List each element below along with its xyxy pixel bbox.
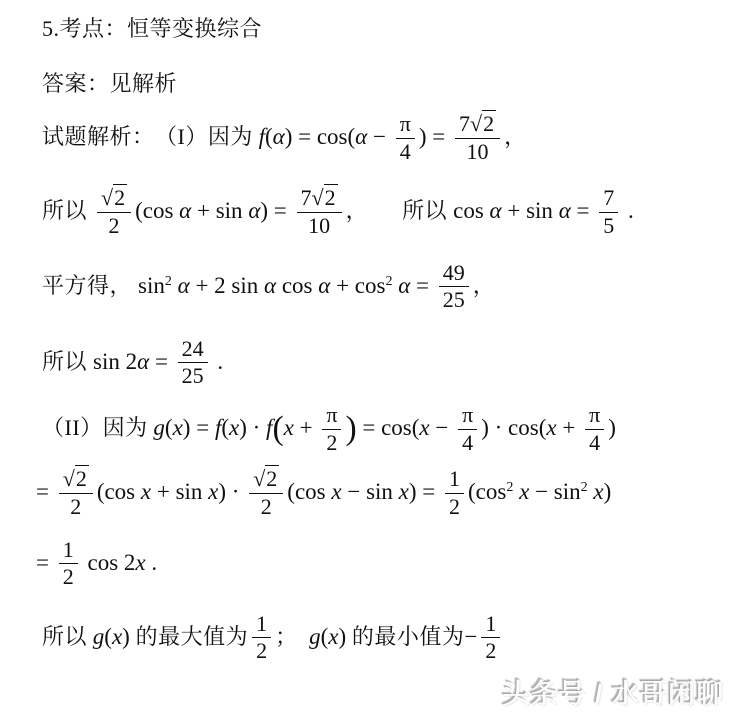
fraction: √22 — [59, 467, 93, 519]
fraction-numerator: 1 — [481, 612, 500, 639]
math-segment: x — [135, 549, 145, 574]
text-segment: 所以 — [42, 624, 87, 649]
radical-icon: √2 — [253, 465, 279, 491]
math-segment: ) = — [419, 124, 451, 149]
math-segment: − — [430, 415, 454, 440]
math-segment: x — [399, 479, 409, 504]
math-segment: − — [464, 624, 477, 649]
math-segment: α — [137, 349, 149, 374]
radical-icon: √2 — [63, 465, 89, 491]
math-segment: ) · — [239, 415, 266, 440]
fraction-denominator: 2 — [445, 494, 464, 520]
text-segment: ， — [504, 124, 527, 149]
radicand: 2 — [75, 465, 89, 491]
math-segment: α — [355, 124, 367, 149]
math-segment: α — [248, 198, 260, 223]
watermark: 头条号 / 水哥闲聊 — [502, 672, 724, 711]
math-segment: ) = — [409, 479, 441, 504]
radical-icon: √2 — [312, 184, 338, 210]
fraction-numerator: 49 — [439, 261, 469, 288]
math-segment: + sin — [191, 198, 248, 223]
radicand: 2 — [482, 110, 496, 136]
radicand: 2 — [265, 465, 279, 491]
fraction: √22 — [97, 186, 131, 238]
math-segment: x — [141, 479, 151, 504]
math-segment: = — [410, 272, 434, 297]
line-step-square: 平方得， sin2 α + 2 sin α cos α + cos2 α = 4… — [42, 263, 726, 315]
fraction-denominator: 2 — [252, 638, 271, 664]
fraction: 12 — [59, 538, 78, 590]
text-segment: 答案：见解析 — [42, 71, 177, 96]
math-segment: ( — [221, 415, 229, 440]
math-segment: α — [490, 198, 502, 223]
text-segment: ， 所以 — [346, 198, 454, 223]
solution-content: 5.考点：恒等变换综合答案：见解析试题解析： （I）因为 f(α) = cos(… — [0, 0, 732, 666]
fraction: 12 — [445, 467, 464, 519]
math-segment: sin 2 — [93, 349, 137, 374]
math-segment: α — [264, 272, 276, 297]
text-segment: 5.考点：恒等变换综合 — [42, 16, 262, 41]
math-segment: (cos — [468, 479, 506, 504]
math-segment: α — [273, 124, 285, 149]
math-segment: . — [146, 549, 158, 574]
fraction-denominator: 25 — [178, 363, 208, 389]
math-segment: x — [328, 624, 338, 649]
math-segment: x — [331, 479, 341, 504]
math-segment: α — [318, 272, 330, 297]
fraction-denominator: 2 — [481, 638, 500, 664]
fraction-denominator: 25 — [439, 287, 469, 313]
text-segment: 的最小值为 — [352, 624, 465, 649]
math-segment: ( — [272, 410, 283, 447]
math-segment: ) — [604, 479, 612, 504]
fraction-numerator: √2 — [97, 186, 131, 213]
math-segment: α — [392, 272, 410, 297]
fraction-numerator: √2 — [59, 467, 93, 494]
math-segment: g — [148, 415, 165, 440]
fraction-numerator: π — [322, 403, 341, 430]
math-segment: f — [253, 124, 265, 149]
fraction-numerator: π — [585, 403, 604, 430]
math-segment: − — [367, 124, 391, 149]
fraction-denominator: 4 — [585, 430, 604, 456]
math-segment: ( — [265, 124, 273, 149]
fraction: π4 — [458, 403, 477, 455]
math-segment: ) — [122, 624, 135, 649]
fraction-denominator: 2 — [59, 564, 78, 590]
fraction-numerator: π — [458, 403, 477, 430]
fraction-numerator: 7√2 — [297, 186, 342, 213]
fraction-denominator: 5 — [599, 213, 618, 239]
math-segment: x — [513, 479, 529, 504]
math-segment: . — [212, 349, 224, 374]
text-segment: 的最大值为 — [136, 624, 249, 649]
line-exam-point: 5.考点：恒等变换综合 — [42, 12, 726, 43]
radicand: 2 — [324, 184, 338, 210]
line-conclusion-max-min: 所以 g(x) 的最大值为12； g(x) 的最小值为−12 — [42, 614, 726, 666]
fraction-numerator: √2 — [249, 467, 283, 494]
fraction-denominator: 2 — [97, 213, 131, 239]
line-step-sin2a: 所以 sin 2α = 2425 . — [42, 339, 726, 391]
math-solution-page: { "page": { "background": "#ffffff", "te… — [0, 0, 732, 713]
math-segment: ) — [345, 410, 356, 447]
fraction-denominator: 4 — [458, 430, 477, 456]
fraction: √22 — [249, 467, 283, 519]
math-segment: + 2 sin — [190, 272, 264, 297]
line-answer: 答案：见解析 — [42, 67, 726, 98]
text-segment: 所以 — [42, 198, 93, 223]
math-segment: x — [546, 415, 556, 440]
fraction: 7√210 — [297, 186, 342, 238]
math-segment: + sin — [151, 479, 208, 504]
text-segment: （II）因为 — [42, 415, 148, 440]
fraction: 2425 — [178, 337, 208, 389]
text-segment: ， — [473, 272, 496, 297]
math-segment: x — [208, 479, 218, 504]
math-segment: x — [173, 415, 183, 440]
fraction: 75 — [599, 186, 618, 238]
fraction-numerator: 7 — [599, 186, 618, 213]
solution-lines: 5.考点：恒等变换综合答案：见解析试题解析： （I）因为 f(α) = cos(… — [42, 12, 726, 666]
fraction-denominator: 4 — [396, 139, 415, 165]
text-segment: 试题解析： （I）因为 — [42, 124, 253, 149]
math-segment: + cos — [330, 272, 385, 297]
math-segment: + — [557, 415, 581, 440]
math-segment: + — [294, 415, 318, 440]
math-segment: = — [36, 549, 55, 574]
radical-icon: √2 — [470, 110, 496, 136]
math-segment: ) = cos( — [285, 124, 355, 149]
math-segment: x — [112, 624, 122, 649]
fraction-denominator: 2 — [249, 494, 283, 520]
fraction-numerator: 24 — [178, 337, 208, 364]
math-segment: ) = — [183, 415, 215, 440]
fraction: 7√210 — [455, 112, 500, 164]
math-segment: = — [571, 198, 595, 223]
fraction-denominator: 10 — [455, 139, 500, 165]
math-segment: α — [179, 198, 191, 223]
math-segment: − sin — [342, 479, 399, 504]
fraction: π2 — [322, 403, 341, 455]
math-segment: x — [284, 415, 294, 440]
fraction-denominator: 2 — [59, 494, 93, 520]
math-segment: (cos — [97, 479, 141, 504]
fraction-numerator: 1 — [445, 467, 464, 494]
fraction: 12 — [252, 612, 271, 664]
line-part2-result: = 12 cos 2x . — [36, 540, 726, 592]
math-segment: cos 2 — [82, 549, 136, 574]
math-segment: x — [229, 415, 239, 440]
math-segment: = — [36, 479, 55, 504]
math-segment: + sin — [502, 198, 559, 223]
fraction-denominator: 2 — [322, 430, 341, 456]
math-segment: 2 — [581, 480, 588, 495]
fraction-numerator: 1 — [252, 612, 271, 639]
math-segment: x — [588, 479, 604, 504]
math-segment: ) · — [218, 479, 245, 504]
radical-icon: √2 — [101, 184, 127, 210]
math-segment: ) — [608, 415, 616, 440]
math-segment: g — [309, 624, 321, 649]
math-segment: = — [149, 349, 173, 374]
math-segment: ( — [104, 624, 112, 649]
math-segment: ) · cos( — [481, 415, 546, 440]
math-segment: sin — [138, 272, 165, 297]
radicand: 2 — [113, 184, 127, 210]
math-segment: ) — [339, 624, 352, 649]
math-segment: x — [419, 415, 429, 440]
text-segment: ； — [275, 624, 309, 649]
fraction-denominator: 10 — [297, 213, 342, 239]
line-part2-expand: = √22(cos x + sin x) · √22(cos x − sin x… — [36, 469, 726, 521]
math-segment: . — [622, 198, 634, 223]
fraction: π4 — [396, 112, 415, 164]
math-segment: ( — [165, 415, 173, 440]
fraction-numerator: 1 — [59, 538, 78, 565]
math-segment: α — [172, 272, 190, 297]
fraction: π4 — [585, 403, 604, 455]
math-segment: (cos — [287, 479, 331, 504]
math-segment: cos — [453, 198, 489, 223]
math-segment: = cos( — [357, 415, 420, 440]
line-part2-gx-definition: （II）因为 g(x) = f(x) · f(x + π2) = cos(x −… — [42, 405, 726, 457]
fraction: 4925 — [439, 261, 469, 313]
line-solution-part1-given: 试题解析： （I）因为 f(α) = cos(α − π4) = 7√210， — [42, 114, 726, 166]
math-segment: 2 — [165, 274, 172, 289]
math-segment: g — [87, 624, 104, 649]
fraction-numerator: 7√2 — [455, 112, 500, 139]
math-segment: α — [559, 198, 571, 223]
text-segment: 平方得， — [42, 272, 138, 297]
math-segment: − sin — [529, 479, 580, 504]
math-segment: ) = — [260, 198, 292, 223]
math-segment: cos — [276, 272, 318, 297]
line-step-sqrt2-identity: 所以 √22(cos α + sin α) = 7√210， 所以 cos α … — [42, 188, 726, 240]
text-segment: 所以 — [42, 349, 93, 374]
fraction: 12 — [481, 612, 500, 664]
fraction-numerator: π — [396, 112, 415, 139]
math-segment: (cos — [135, 198, 179, 223]
